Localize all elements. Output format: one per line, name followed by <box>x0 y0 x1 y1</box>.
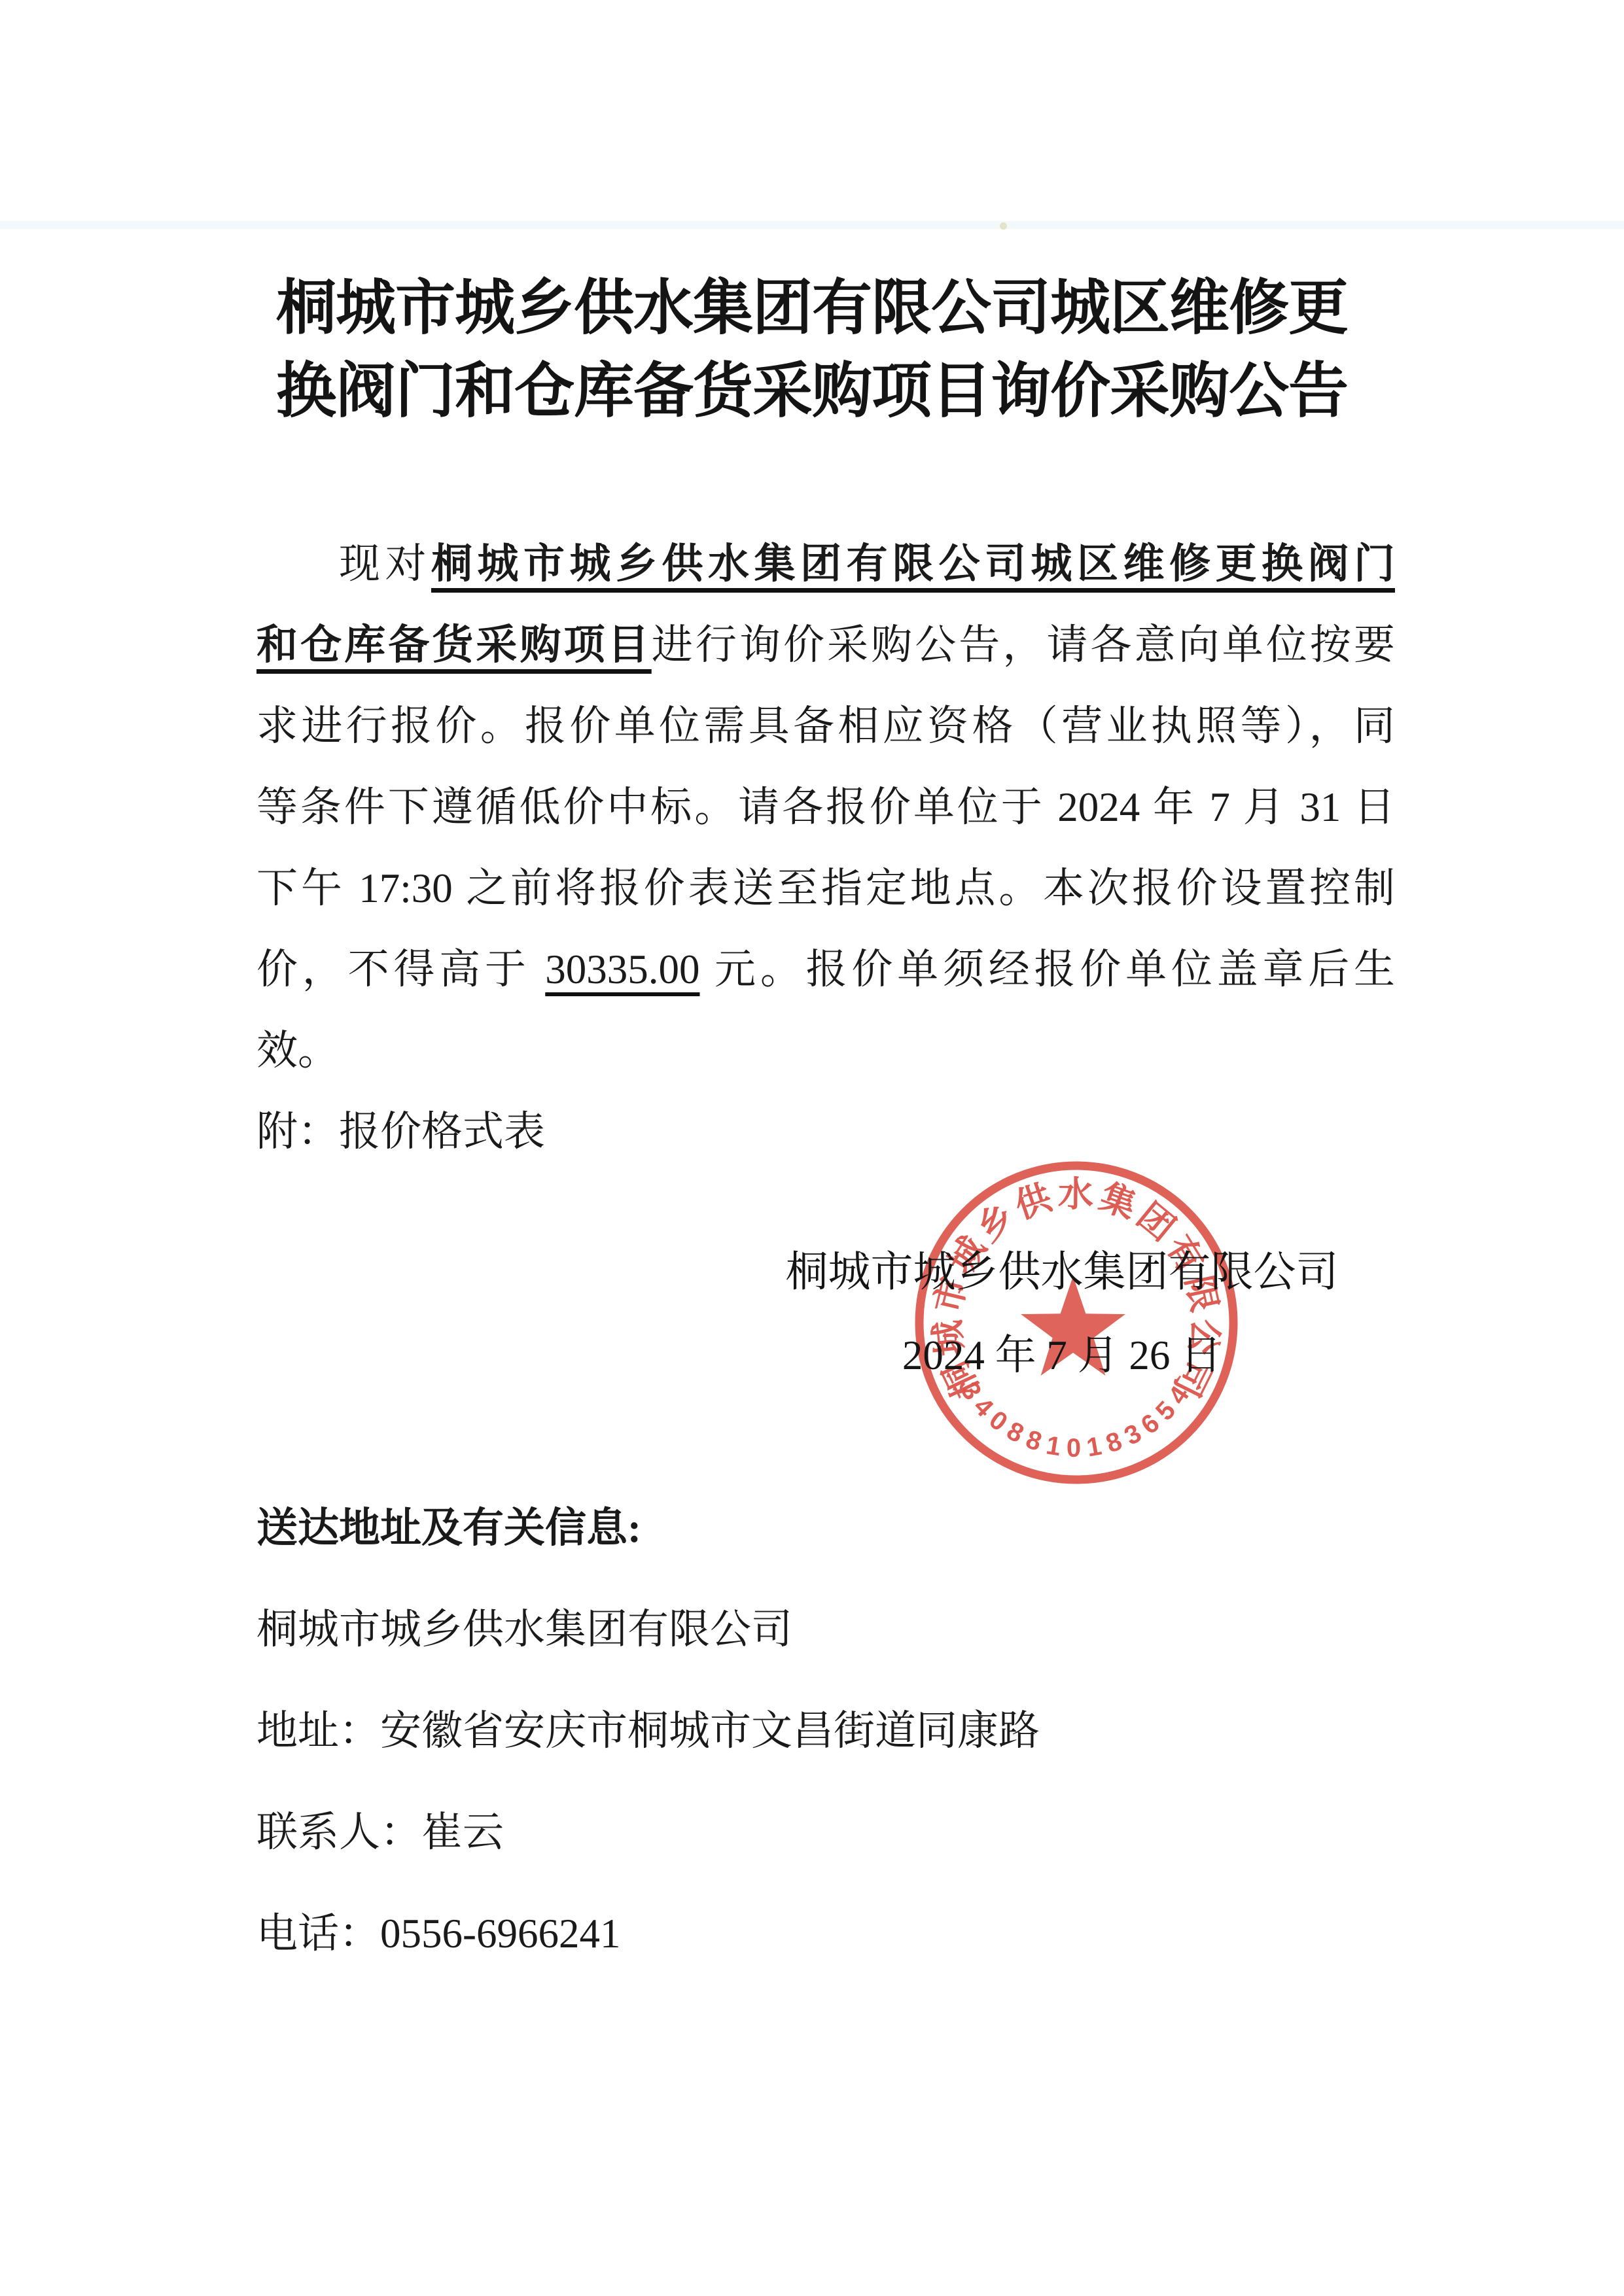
signature-date: 2024 年 7 月 26 日 <box>779 1334 1345 1376</box>
paragraph-line-2-text: 进行询价采购公告，请各意向单位按要 <box>652 622 1395 668</box>
paragraph-line-1: 现对桐城市城乡供水集团有限公司城区维修更换阀门 <box>256 523 1395 604</box>
body-paragraph: 现对桐城市城乡供水集团有限公司城区维修更换阀门 和仓库备货采购项目进行询价采购公… <box>256 523 1395 1172</box>
paragraph-line-2: 和仓库备货采购项目进行询价采购公告，请各意向单位按要 <box>256 604 1395 686</box>
paragraph-line-6: 价，不得高于 30335.00 元。报价单须经报价单位盖章后生 <box>256 929 1395 1010</box>
contact-company: 桐城市城乡供水集团有限公司 <box>256 1579 1500 1680</box>
paragraph-line-4: 等条件下遵循低价中标。请各报价单位于 2024 年 7 月 31 日 <box>256 767 1395 848</box>
contact-person: 联系人：崔云 <box>256 1782 1500 1883</box>
paragraph-line-7: 效。 <box>256 1010 1395 1091</box>
paragraph-line-3: 求进行报价。报价单位需具备相应资格（营业执照等），同 <box>256 686 1395 767</box>
paragraph-line-1-text: 现对 <box>339 541 431 587</box>
contact-phone: 电话：0556-6966241 <box>256 1883 1500 1985</box>
company-seal: 桐城市城乡供水集团有限公司 3408810183654 <box>900 1146 1253 1499</box>
contact-heading: 送达地址及有关信息: <box>256 1478 1500 1579</box>
signature-company: 桐城市城乡供水集团有限公司 <box>779 1251 1345 1294</box>
document-title: 桐城市城乡供水集团有限公司城区维修更 换阀门和仓库备货采购项目询价采购公告 <box>118 267 1506 433</box>
scan-artifact-dot <box>1000 222 1007 230</box>
control-price-value: 30335.00 <box>545 947 699 992</box>
paragraph-line-6-text1: 价，不得高于 <box>256 947 545 992</box>
contact-address: 地址：安徽省安庆市桐城市文昌街道同康路 <box>256 1680 1500 1782</box>
scan-artifact-band <box>0 221 1624 229</box>
project-name-part2: 和仓库备货采购项目 <box>256 622 652 668</box>
document-title-line2: 换阀门和仓库备货采购项目询价采购公告 <box>118 350 1506 433</box>
paragraph-line-6-text2: 元。报价单须经报价单位盖章后生 <box>700 947 1396 992</box>
paragraph-line-5: 下午 17:30 之前将报价表送至指定地点。本次报价设置控制 <box>256 848 1395 929</box>
document-page: 桐城市城乡供水集团有限公司城区维修更 换阀门和仓库备货采购项目询价采购公告 现对… <box>0 0 1624 2296</box>
project-name-part1: 桐城市城乡供水集团有限公司城区维修更换阀门 <box>431 541 1395 587</box>
document-title-line1: 桐城市城乡供水集团有限公司城区维修更 <box>118 267 1506 350</box>
contact-block: 送达地址及有关信息: 桐城市城乡供水集团有限公司 地址：安徽省安庆市桐城市文昌街… <box>256 1478 1500 1985</box>
